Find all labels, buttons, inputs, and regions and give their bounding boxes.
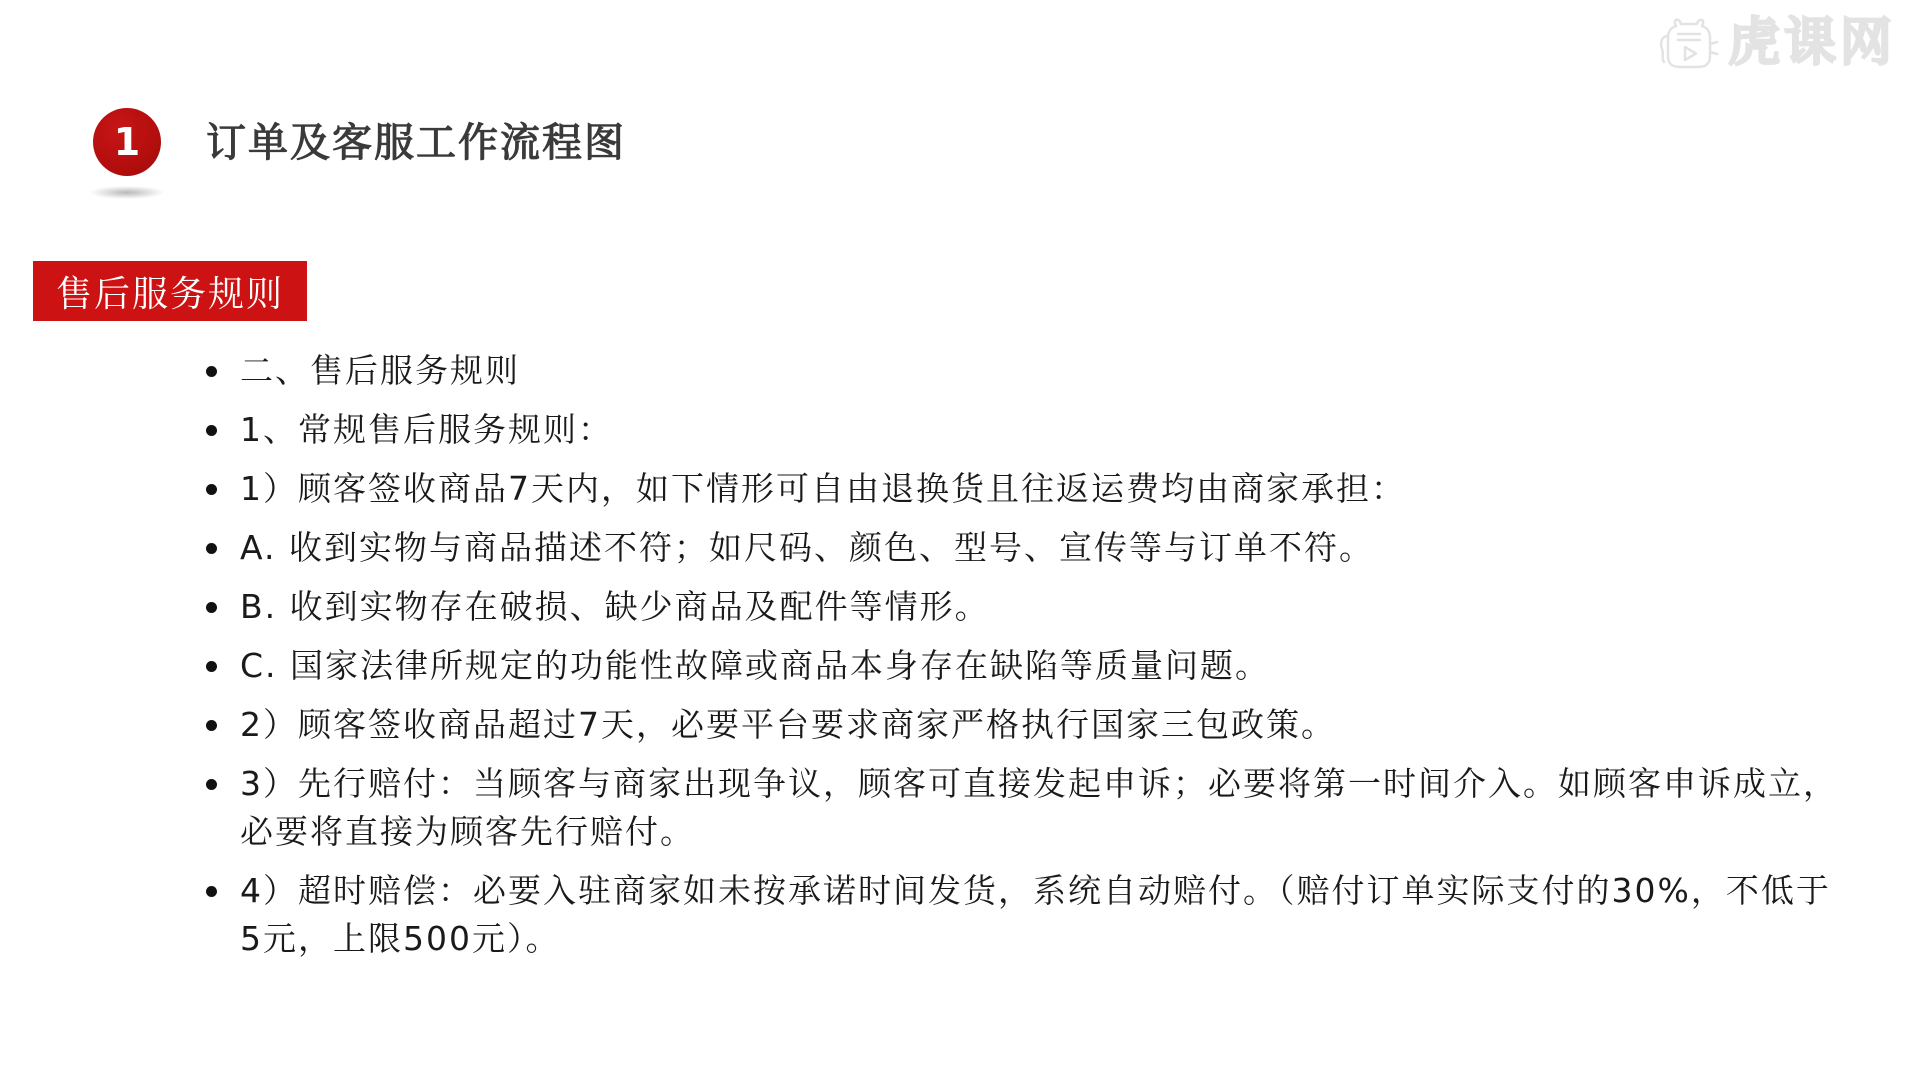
section-badge: 售后服务规则 [33,261,307,321]
rule-item: C. 国家法律所规定的功能性故障或商品本身存在缺陷等质量问题。 [204,642,1844,690]
rule-item: 1、常规售后服务规则： [204,406,1844,454]
rule-item: 3）先行赔付：当顾客与商家出现争议，顾客可直接发起申诉；必要将第一时间介入。如顾… [204,760,1844,856]
section-number-badge: 1 [93,108,161,176]
watermark: 虎课网 [1658,14,1896,72]
slide: 虎课网 1 订单及客服工作流程图 售后服务规则 二、售后服务规则 1、常规售后服… [0,0,1920,1080]
section-number: 1 [114,120,140,164]
rule-item: 1）顾客签收商品7天内，如下情形可自由退换货且往返运费均由商家承担： [204,465,1844,513]
rule-item: 二、售后服务规则 [204,347,1844,395]
rule-item: 2）顾客签收商品超过7天，必要平台要求商家严格执行国家三包政策。 [204,701,1844,749]
rule-item: A. 收到实物与商品描述不符；如尺码、颜色、型号、宣传等与订单不符。 [204,524,1844,572]
rule-item: 4）超时赔偿：必要入驻商家如未按承诺时间发货，系统自动赔付。（赔付订单实际支付的… [204,867,1844,963]
section-badge-label: 售后服务规则 [56,266,284,317]
rules-list: 二、售后服务规则 1、常规售后服务规则： 1）顾客签收商品7天内，如下情形可自由… [204,347,1844,974]
hukewang-logo-icon [1658,14,1720,72]
rule-item: B. 收到实物存在破损、缺少商品及配件等情形。 [204,583,1844,631]
circle-shadow [90,186,164,199]
page-title: 订单及客服工作流程图 [206,119,626,167]
watermark-text: 虎课网 [1728,17,1896,69]
